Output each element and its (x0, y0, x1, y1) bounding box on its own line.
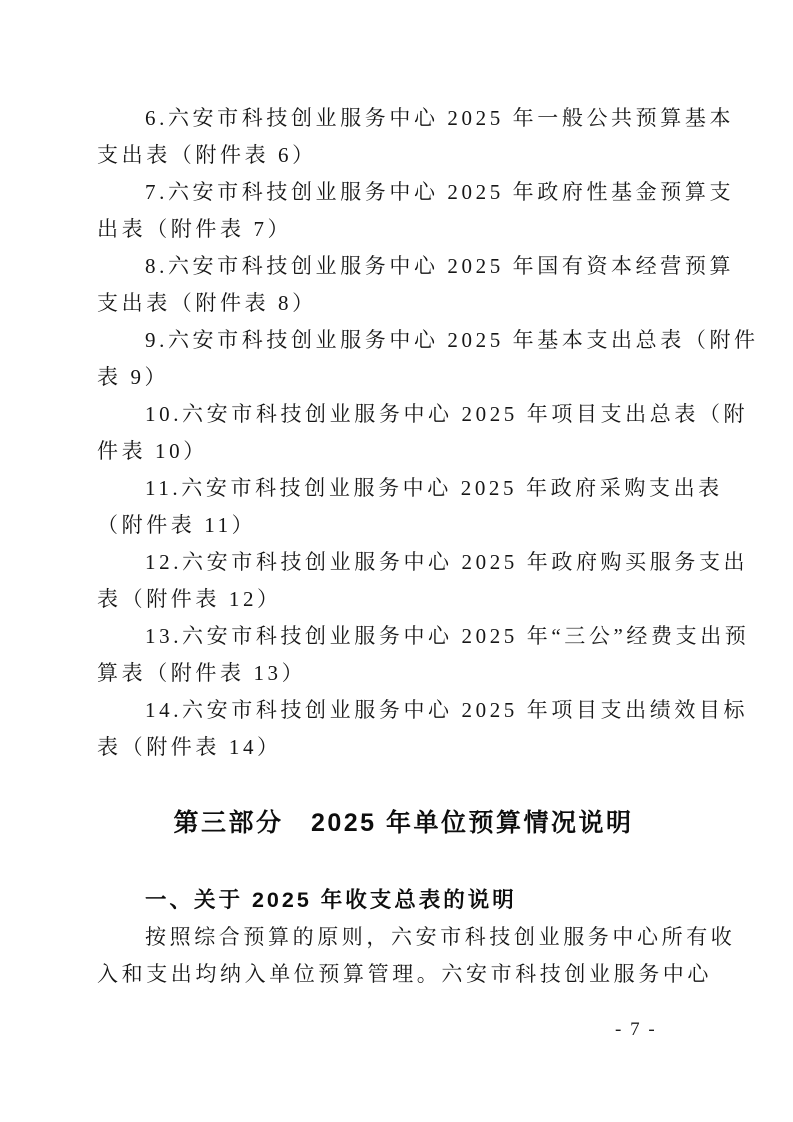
attachment-list-item: 11.六安市科技创业服务中心 2025 年政府采购支出表（附件表 11） (97, 470, 710, 544)
subsection-heading: 一、关于 2025 年收支总表的说明 (97, 882, 710, 919)
attachment-list-item: 12.六安市科技创业服务中心 2025 年政府购买服务支出表（附件表 12） (97, 544, 710, 618)
body-paragraph: 按照综合预算的原则，六安市科技创业服务中心所有收入和支出均纳入单位预算管理。六安… (97, 919, 710, 993)
page-number: - 7 - (615, 1019, 657, 1041)
attachment-list-item: 6.六安市科技创业服务中心 2025 年一般公共预算基本支出表（附件表 6） (97, 100, 710, 174)
attachment-list-item: 13.六安市科技创业服务中心 2025 年“三公”经费支出预算表（附件表 13） (97, 618, 710, 692)
document-page: 6.六安市科技创业服务中心 2025 年一般公共预算基本支出表（附件表 6）7.… (0, 0, 793, 1122)
attachment-list: 6.六安市科技创业服务中心 2025 年一般公共预算基本支出表（附件表 6）7.… (97, 100, 710, 766)
attachment-list-item: 14.六安市科技创业服务中心 2025 年项目支出绩效目标表（附件表 14） (97, 692, 710, 766)
attachment-list-item: 10.六安市科技创业服务中心 2025 年项目支出总表（附件表 10） (97, 396, 710, 470)
attachment-list-item: 8.六安市科技创业服务中心 2025 年国有资本经营预算支出表（附件表 8） (97, 248, 710, 322)
document-content: 6.六安市科技创业服务中心 2025 年一般公共预算基本支出表（附件表 6）7.… (97, 100, 710, 993)
part-heading: 第三部分 2025 年单位预算情况说明 (97, 800, 710, 846)
attachment-list-item: 9.六安市科技创业服务中心 2025 年基本支出总表（附件表 9） (97, 322, 710, 396)
attachment-list-item: 7.六安市科技创业服务中心 2025 年政府性基金预算支出表（附件表 7） (97, 174, 710, 248)
